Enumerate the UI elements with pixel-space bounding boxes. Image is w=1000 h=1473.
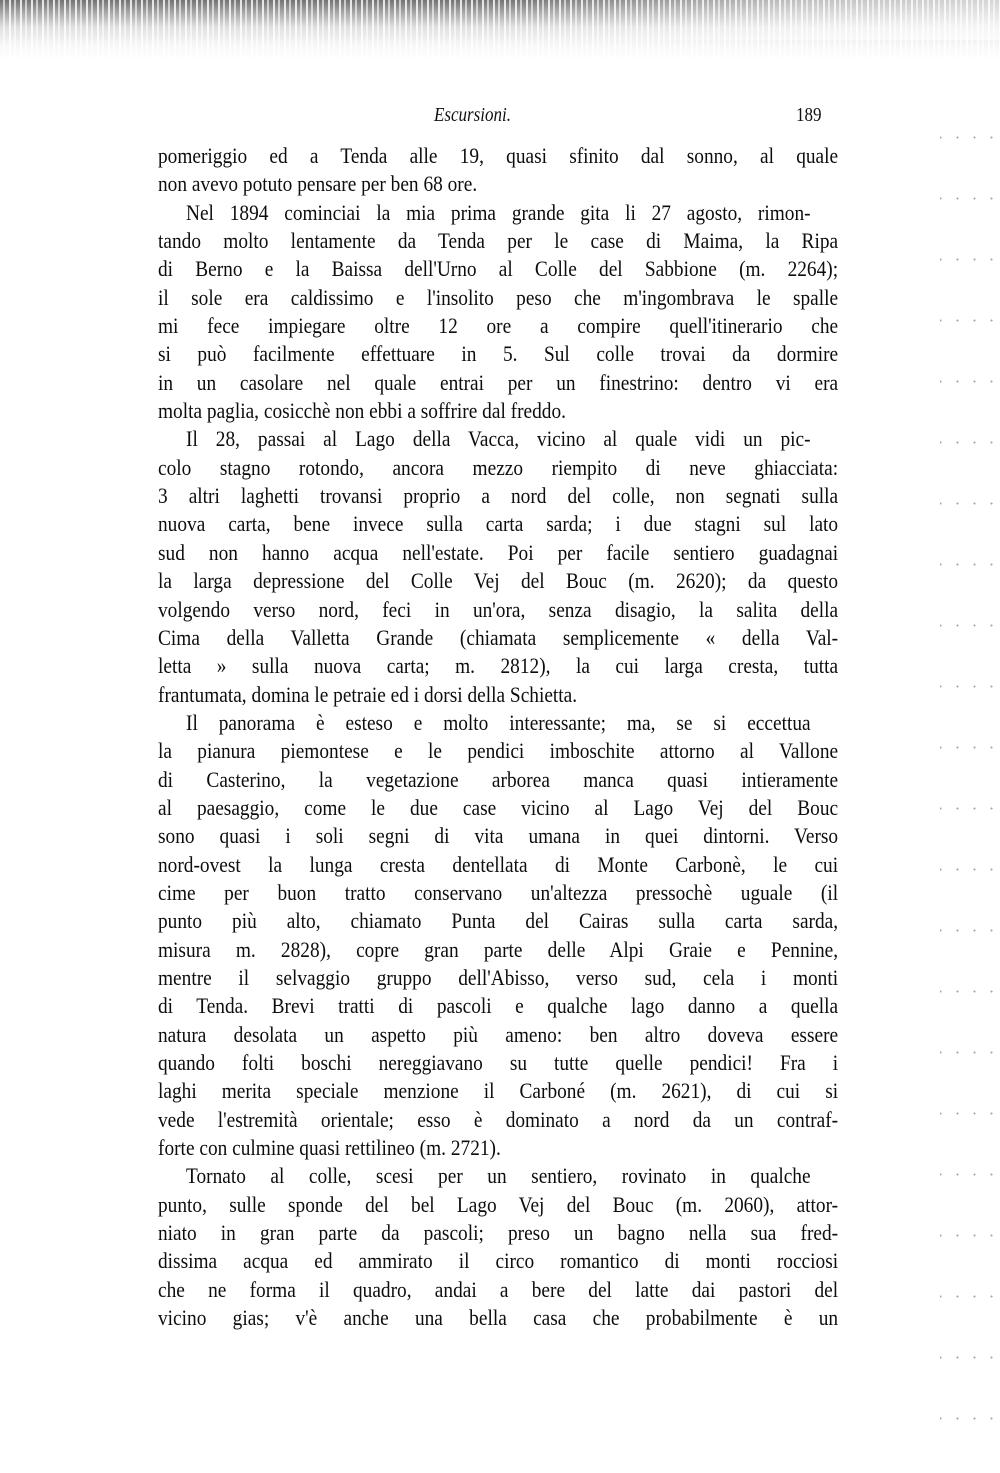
- running-head: Escursioni. 189: [158, 104, 838, 130]
- text-line: forte con culmine quasi rettilineo (m. 2…: [158, 1134, 838, 1162]
- paragraph: Nel 1894 cominciai la mia prima grande g…: [158, 199, 838, 426]
- text-line: punto più alto, chiamato Punta del Caira…: [158, 907, 838, 935]
- text-line: laghi merita speciale menzione il Carbon…: [158, 1077, 838, 1105]
- text-line: Nel 1894 cominciai la mia prima grande g…: [158, 199, 838, 227]
- text-line: letta » sulla nuova carta; m. 2812), la …: [158, 652, 838, 680]
- text-line: di Tenda. Brevi tratti di pascoli e qual…: [158, 992, 838, 1020]
- paragraph: Il 28, passai al Lago della Vacca, vicin…: [158, 425, 838, 708]
- page-number: 189: [796, 104, 822, 127]
- text-line: il sole era caldissimo e l'insolito peso…: [158, 284, 838, 312]
- text-line: colo stagno rotondo, ancora mezzo riempi…: [158, 454, 838, 482]
- text-line: cime per buon tratto conservano un'altez…: [158, 879, 838, 907]
- paragraph: pomeriggio ed a Tenda alle 19, quasi sfi…: [158, 142, 838, 199]
- text-line: Tornato al colle, scesi per un sentiero,…: [158, 1162, 838, 1190]
- text-line: niato in gran parte da pascoli; preso un…: [158, 1219, 838, 1247]
- text-line: dissima acqua ed ammirato il circo roman…: [158, 1247, 838, 1275]
- text-line: tando molto lentamente da Tenda per le c…: [158, 227, 838, 255]
- scan-specks-margin: [940, 100, 1000, 1473]
- text-line: punto, sulle sponde del bel Lago Vej del…: [158, 1191, 838, 1219]
- text-line: di Casterino, la vegetazione arborea man…: [158, 766, 838, 794]
- text-line: volgendo verso nord, feci in un'ora, sen…: [158, 596, 838, 624]
- text-line: quando folti boschi nereggiavano su tutt…: [158, 1049, 838, 1077]
- scan-shadow-fade: [500, 0, 1000, 40]
- text-line: nuova carta, bene invece sulla carta sar…: [158, 510, 838, 538]
- text-line: nord-ovest la lunga cresta dentellata di…: [158, 851, 838, 879]
- text-line: mentre il selvaggio gruppo dell'Abisso, …: [158, 964, 838, 992]
- text-line: vede l'estremità orientale; esso è domin…: [158, 1106, 838, 1134]
- paragraph: Il panorama è esteso e molto interessant…: [158, 709, 838, 1163]
- text-line: di Berno e la Baissa dell'Urno al Colle …: [158, 255, 838, 283]
- text-line: pomeriggio ed a Tenda alle 19, quasi sfi…: [158, 142, 838, 170]
- text-line: frantumata, domina le petraie ed i dorsi…: [158, 681, 838, 709]
- paragraph: Tornato al colle, scesi per un sentiero,…: [158, 1162, 838, 1332]
- text-line: la larga depressione del Colle Vej del B…: [158, 567, 838, 595]
- text-line: natura desolata un aspetto più ameno: be…: [158, 1021, 838, 1049]
- text-line: in un casolare nel quale entrai per un f…: [158, 369, 838, 397]
- text-line: sud non hanno acqua nell'estate. Poi per…: [158, 539, 838, 567]
- text-line: mi fece impiegare oltre 12 ore a compire…: [158, 312, 838, 340]
- text-line: sono quasi i soli segni di vita umana in…: [158, 822, 838, 850]
- text-line: non avevo potuto pensare per ben 68 ore.: [158, 170, 838, 198]
- text-line: la pianura piemontese e le pendici imbos…: [158, 737, 838, 765]
- body-text: pomeriggio ed a Tenda alle 19, quasi sfi…: [158, 142, 838, 1332]
- text-line: Cima della Valletta Grande (chiamata sem…: [158, 624, 838, 652]
- text-line: misura m. 2828), copre gran parte delle …: [158, 936, 838, 964]
- text-line: si può facilmente effettuare in 5. Sul c…: [158, 340, 838, 368]
- running-title: Escursioni.: [434, 104, 511, 127]
- text-line: molta paglia, cosicchè non ebbi a soffri…: [158, 397, 838, 425]
- text-line: vicino gias; v'è anche una bella casa ch…: [158, 1304, 838, 1332]
- text-line: 3 altri laghetti trovansi proprio a nord…: [158, 482, 838, 510]
- text-line: al paesaggio, come le due case vicino al…: [158, 794, 838, 822]
- text-line: Il panorama è esteso e molto interessant…: [158, 709, 838, 737]
- text-line: che ne forma il quadro, andai a bere del…: [158, 1276, 838, 1304]
- text-line: Il 28, passai al Lago della Vacca, vicin…: [158, 425, 838, 453]
